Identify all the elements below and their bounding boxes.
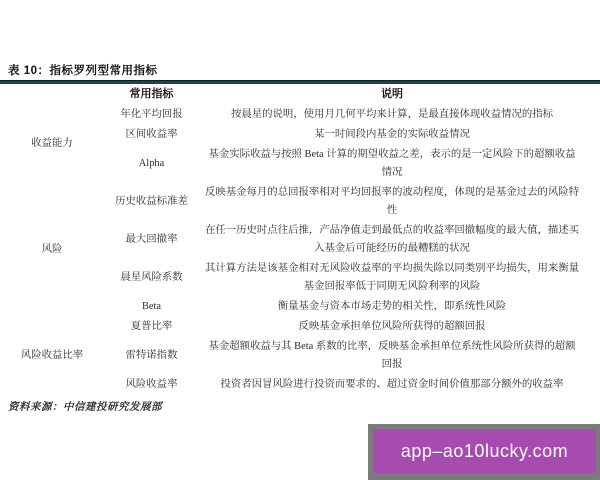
description-cell: 基金超额收益与其 Beta 系数的比率，反映基金承担单位系统性风险所获得的超额回… [204, 337, 580, 375]
description-cell: 基金实际收益与按照 Beta 计算的期望收益之差，表示的是一定风险下的超额收益情… [204, 145, 580, 183]
col-header-indicator: 常用指标 [99, 86, 204, 105]
description-cell: 按晨星的说明，使用月几何平均来计算，是最直接体现收益情况的指标 [204, 105, 580, 125]
indicator-cell: 雷特诺指数 [99, 337, 204, 375]
table-title: 表 10：指标罗列型常用指标 [8, 62, 158, 78]
indicator-cell: 夏普比率 [99, 317, 204, 337]
category-cell-risk: 风险 [5, 183, 99, 317]
watermark-url-text: app–ao10lucky.com [401, 441, 568, 462]
indicator-cell: Alpha [99, 145, 204, 183]
description-cell: 其计算方法是该基金相对无风险收益率的平均损失除以同类别平均损失，用来衡量基金回报… [204, 259, 580, 297]
document-page: 表 10：指标罗列型常用指标 常用指标 说明 收益能力 年化平均回报 按晨星的说… [0, 0, 600, 480]
description-cell: 反映基金承担单位风险所获得的超额回报 [204, 317, 580, 337]
table-row: 风险 历史收益标准差 反映基金每月的总回报率相对平均回报率的波动程度，体现的是基… [5, 183, 580, 221]
indicator-cell: 最大回撤率 [99, 221, 204, 259]
description-cell: 某一时间段内基金的实际收益情况 [204, 125, 580, 145]
description-cell: 反映基金每月的总回报率相对平均回报率的波动程度，体现的是基金过去的风险特性 [204, 183, 580, 221]
table-row: 收益能力 年化平均回报 按晨星的说明，使用月几何平均来计算，是最直接体现收益情况… [5, 105, 580, 125]
indicator-cell: 历史收益标准差 [99, 183, 204, 221]
description-cell: 在任一历史时点往后推，产品净值走到最低点的收益率回撤幅度的最大值，描述买入基金后… [204, 221, 580, 259]
watermark-badge[interactable]: app–ao10lucky.com [368, 424, 600, 480]
title-rule [0, 80, 600, 84]
indicator-cell: 风险收益率 [99, 375, 204, 395]
indicator-cell: 年化平均回报 [99, 105, 204, 125]
category-cell-profitability: 收益能力 [5, 105, 99, 183]
category-cell-risk-return-ratio: 风险收益比率 [5, 317, 99, 395]
table-row: 风险收益比率 夏普比率 反映基金承担单位风险所获得的超额回报 [5, 317, 580, 337]
indicator-cell: Beta [99, 297, 204, 317]
col-header-description: 说明 [204, 86, 580, 105]
col-header-category [5, 86, 99, 105]
indicator-cell: 晨星风险系数 [99, 259, 204, 297]
watermark-inner-panel: app–ao10lucky.com [373, 429, 596, 473]
description-cell: 投资者因冒风险进行投资而要求的、超过资金时间价值那部分额外的收益率 [204, 375, 580, 395]
description-cell: 衡量基金与资本市场走势的相关性，即系统性风险 [204, 297, 580, 317]
indicator-cell: 区间收益率 [99, 125, 204, 145]
indicator-table: 常用指标 说明 收益能力 年化平均回报 按晨星的说明，使用月几何平均来计算，是最… [5, 86, 580, 395]
source-note: 资料来源：中信建投研究发展部 [8, 399, 162, 414]
table-header-row: 常用指标 说明 [5, 86, 580, 105]
